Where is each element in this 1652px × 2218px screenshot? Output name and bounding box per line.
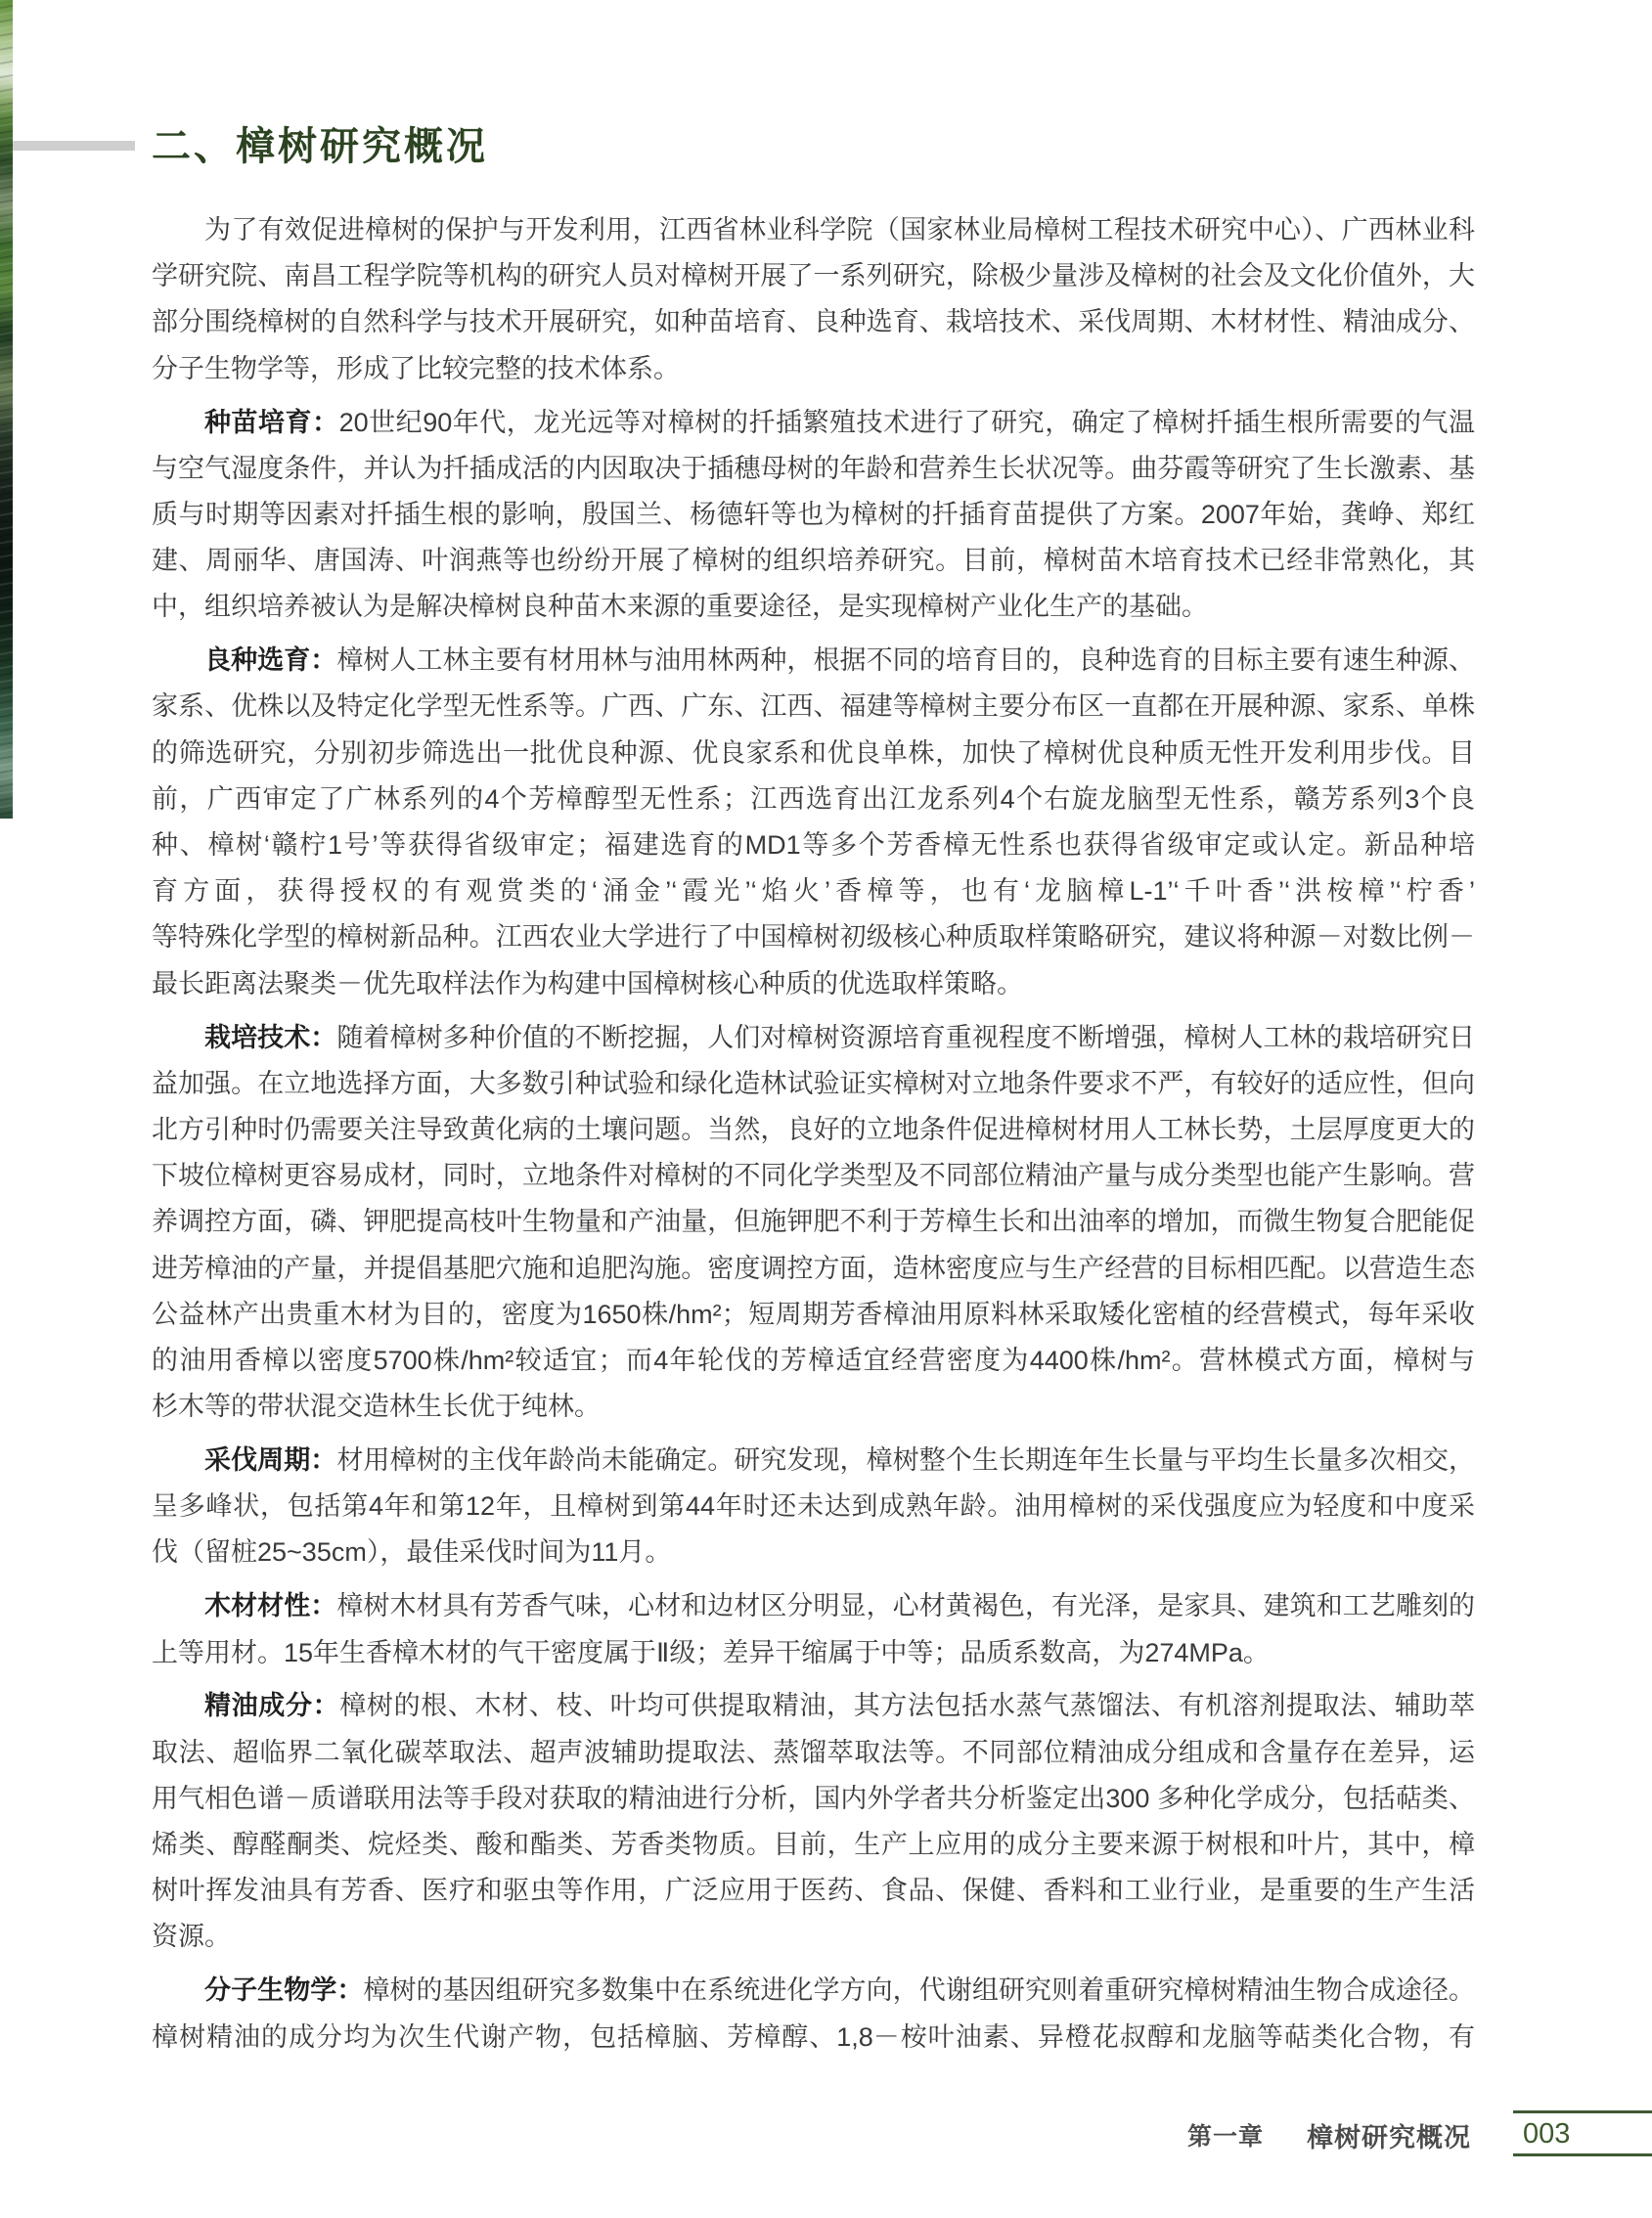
paragraph-heading: 精油成分： [204,1691,339,1720]
paragraph-line: 前，广西审定了广林系列的4个芳樟醇型无性系；江西选育出江龙系列4个右旋龙脑型无性… [152,776,1475,822]
paragraph-line: 为了有效促进樟树的保护与开发利用，江西省林业科学院（国家林业局樟树工程技术研究中… [152,207,1475,253]
section-title: 二、樟树研究概况 [152,123,488,170]
paragraph-line: 下坡位樟树更容易成材，同时，立地条件对樟树的不同化学类型及不同部位精油产量与成分… [152,1153,1475,1199]
paragraph-line: 采伐周期：材用樟树的主伐年龄尚未能确定。研究发现，樟树整个生长期连年生长量与平均… [152,1438,1475,1484]
footer-chapter-label: 第一章 [1187,2117,1264,2152]
paragraph-line: 的油用香樟以密度5700株/hm²较适宜；而4年轮伐的芳樟适宜经营密度为4400… [152,1338,1475,1384]
paragraph-line: 精油成分：樟树的根、木材、枝、叶均可供提取精油，其方法包括水蒸气蒸馏法、有机溶剂… [152,1683,1475,1729]
section-title-bar [13,141,135,151]
paragraph-text: 20世纪90年代，龙光远等对樟树的扦插繁殖技术进行了研究，确定了樟树扦插生根所需… [339,408,1475,437]
paragraph-line: 进芳樟油的产量，并提倡基肥穴施和追肥沟施。密度调控方面，造林密度应与生产经营的目… [152,1246,1475,1292]
paragraph-cultivation-techniques: 栽培技术：随着樟树多种价值的不断挖掘，人们对樟树资源培育重视程度不断增强，樟树人… [152,1015,1475,1431]
paragraph-heading: 栽培技术： [204,1023,336,1052]
paragraph-line: 木材材性：樟树木材具有芳香气味，心材和边材区分明显，心材黄褐色，有光泽，是家具、… [152,1583,1475,1629]
paragraph-line: 良种选育：樟树人工林主要有材用林与油用林两种，根据不同的培育目的，良种选育的目标… [152,638,1475,684]
page-number-rule-bottom [1513,2153,1652,2156]
paragraph-variety-breeding: 良种选育：樟树人工林主要有材用林与油用林两种，根据不同的培育目的，良种选育的目标… [152,638,1475,1007]
paragraph-essential-oil: 精油成分：樟树的根、木材、枝、叶均可供提取精油，其方法包括水蒸气蒸馏法、有机溶剂… [152,1683,1475,1960]
paragraph-line: 北方引种时仍需要关注导致黄化病的土壤问题。当然，良好的立地条件促进樟树材用人工林… [152,1107,1475,1153]
paragraph-line: 分子生物学等，形成了比较完整的技术体系。 [152,346,1475,392]
paragraph-text: 樟树木材具有芳香气味，心材和边材区分明显，心材黄褐色，有光泽，是家具、建筑和工艺… [336,1591,1475,1620]
paragraph-line: 上等用材。15年生香樟木材的气干密度属于Ⅱ级；差异干缩属于中等；品质系数高，为2… [152,1630,1475,1676]
paragraph-heading: 分子生物学： [204,1975,363,2005]
paragraph-line: 树叶挥发油具有芳香、医疗和驱虫等作用，广泛应用于医药、食品、保健、香料和工业行业… [152,1868,1475,1914]
paragraph-seedling-cultivation: 种苗培育：20世纪90年代，龙光远等对樟树的扦插繁殖技术进行了研究，确定了樟树扦… [152,400,1475,631]
paragraph-line: 用气相色谱－质谱联用法等手段对获取的精油进行分析，国内外学者共分析鉴定出300 … [152,1776,1475,1822]
paragraph-molecular-biology: 分子生物学：樟树的基因组研究多数集中在系统进化学方向，代谢组研究则着重研究樟树精… [152,1968,1475,2060]
article-body: 为了有效促进樟树的保护与开发利用，江西省林业科学院（国家林业局樟树工程技术研究中… [152,207,1475,2067]
paragraph-text: 樟树的根、木材、枝、叶均可供提取精油，其方法包括水蒸气蒸馏法、有机溶剂提取法、辅… [339,1691,1475,1720]
paragraph-line: 资源。 [152,1914,1475,1960]
paragraph-line: 中，组织培养被认为是解决樟树良种苗木来源的重要途径，是实现樟树产业化生产的基础。 [152,584,1475,630]
paragraph-line: 种苗培育：20世纪90年代，龙光远等对樟树的扦插繁殖技术进行了研究，确定了樟树扦… [152,400,1475,446]
paragraph-line: 的筛选研究，分别初步筛选出一批优良种源、优良家系和优良单株，加快了樟树优良种质无… [152,731,1475,776]
footer-running-head: 第一章 樟树研究概况 [1187,2116,1471,2153]
paragraph-text: 樟树的基因组研究多数集中在系统进化学方向，代谢组研究则着重研究樟树精油生物合成途… [363,1975,1475,2005]
paragraph-line: 种、樟树‘赣柠1号’等获得省级审定；福建选育的MD1等多个芳香樟无性系也获得省级… [152,822,1475,868]
paragraph-line: 杉木等的带状混交造林生长优于纯林。 [152,1384,1475,1430]
paragraph-line: 与空气湿度条件，并认为扦插成活的内因取决于插穗母树的年龄和营养生长状况等。曲芬霞… [152,446,1475,492]
paragraph-line: 等特殊化学型的樟树新品种。江西农业大学进行了中国樟树初级核心种质取样策略研究，建… [152,914,1475,960]
paragraph-line: 最长距离法聚类－优先取样法作为构建中国樟树核心种质的优选取样策略。 [152,961,1475,1007]
paragraph-text: 材用樟树的主伐年龄尚未能确定。研究发现，樟树整个生长期连年生长量与平均生长量多次… [336,1445,1475,1475]
paragraph-line: 养调控方面，磷、钾肥提高枝叶生物量和产油量，但施钾肥不利于芳樟生长和出油率的增加… [152,1199,1475,1245]
paragraph-line: 公益林产出贵重木材为目的，密度为1650株/hm²；短周期芳香樟油用原料林采取矮… [152,1292,1475,1338]
paragraph-line: 取法、超临界二氧化碳萃取法、超声波辅助提取法、蒸馏萃取法等。不同部位精油成分组成… [152,1730,1475,1776]
paragraph-intro: 为了有效促进樟树的保护与开发利用，江西省林业科学院（国家林业局樟树工程技术研究中… [152,207,1475,392]
paragraph-line: 益加强。在立地选择方面，大多数引种试验和绿化造林试验证实樟树对立地条件要求不严，… [152,1061,1475,1107]
paragraph-heading: 种苗培育： [204,408,339,437]
footer-chapter-title: 樟树研究概况 [1307,2116,1471,2154]
paragraph-line: 栽培技术：随着樟树多种价值的不断挖掘，人们对樟树资源培育重视程度不断增强，樟树人… [152,1015,1475,1061]
paragraph-line: 樟树精油的成分均为次生代谢产物，包括樟脑、芳樟醇、1,8－桉叶油素、异橙花叔醇和… [152,2015,1475,2061]
paragraph-line: 烯类、醇醛酮类、烷烃类、酸和酯类、芳香类物质。目前，生产上应用的成分主要来源于树… [152,1822,1475,1868]
paragraph-line: 分子生物学：樟树的基因组研究多数集中在系统进化学方向，代谢组研究则着重研究樟树精… [152,1968,1475,2014]
foliage-photo-strip [0,0,13,819]
paragraph-text: 随着樟树多种价值的不断挖掘，人们对樟树资源培育重视程度不断增强，樟树人工林的栽培… [336,1023,1475,1052]
paragraph-heading: 采伐周期： [204,1445,336,1475]
paragraph-line: 建、周丽华、唐国涛、叶润燕等也纷纷开展了樟树的组织培养研究。目前，樟树苗木培育技… [152,538,1475,584]
paragraph-text: 樟树人工林主要有材用林与油用林两种，根据不同的培育目的，良种选育的目标主要有速生… [336,645,1475,675]
paragraph-line: 家系、优株以及特定化学型无性系等。广西、广东、江西、福建等樟树主要分布区一直都在… [152,684,1475,730]
paragraph-line: 学研究院、南昌工程学院等机构的研究人员对樟树开展了一系列研究，除极少量涉及樟树的… [152,253,1475,299]
paragraph-line: 伐（留桩25~35cm），最佳采伐时间为11月。 [152,1530,1475,1575]
paragraph-heading: 木材材性： [204,1591,336,1620]
page-number-rule-top [1513,2110,1652,2113]
paragraph-line: 质与时期等因素对扦插生根的影响，殷国兰、杨德轩等也为樟树的扦插育苗提供了方案。2… [152,492,1475,538]
paragraph-line: 呈多峰状，包括第4年和第12年，且樟树到第44年时还未达到成熟年龄。油用樟树的采… [152,1484,1475,1530]
paragraph-heading: 良种选育： [204,645,336,675]
paragraph-harvest-cycle: 采伐周期：材用樟树的主伐年龄尚未能确定。研究发现，樟树整个生长期连年生长量与平均… [152,1438,1475,1576]
paragraph-line: 部分围绕樟树的自然科学与技术开展研究，如种苗培育、良种选育、栽培技术、采伐周期、… [152,299,1475,345]
page-number: 003 [1523,2116,1570,2151]
paragraph-line: 育方面，获得授权的有观赏类的‘涌金’‘霞光’‘焰火’香樟等，也有‘龙脑樟L-1’… [152,868,1475,914]
paragraph-wood-properties: 木材材性：樟树木材具有芳香气味，心材和边材区分明显，心材黄褐色，有光泽，是家具、… [152,1583,1475,1675]
